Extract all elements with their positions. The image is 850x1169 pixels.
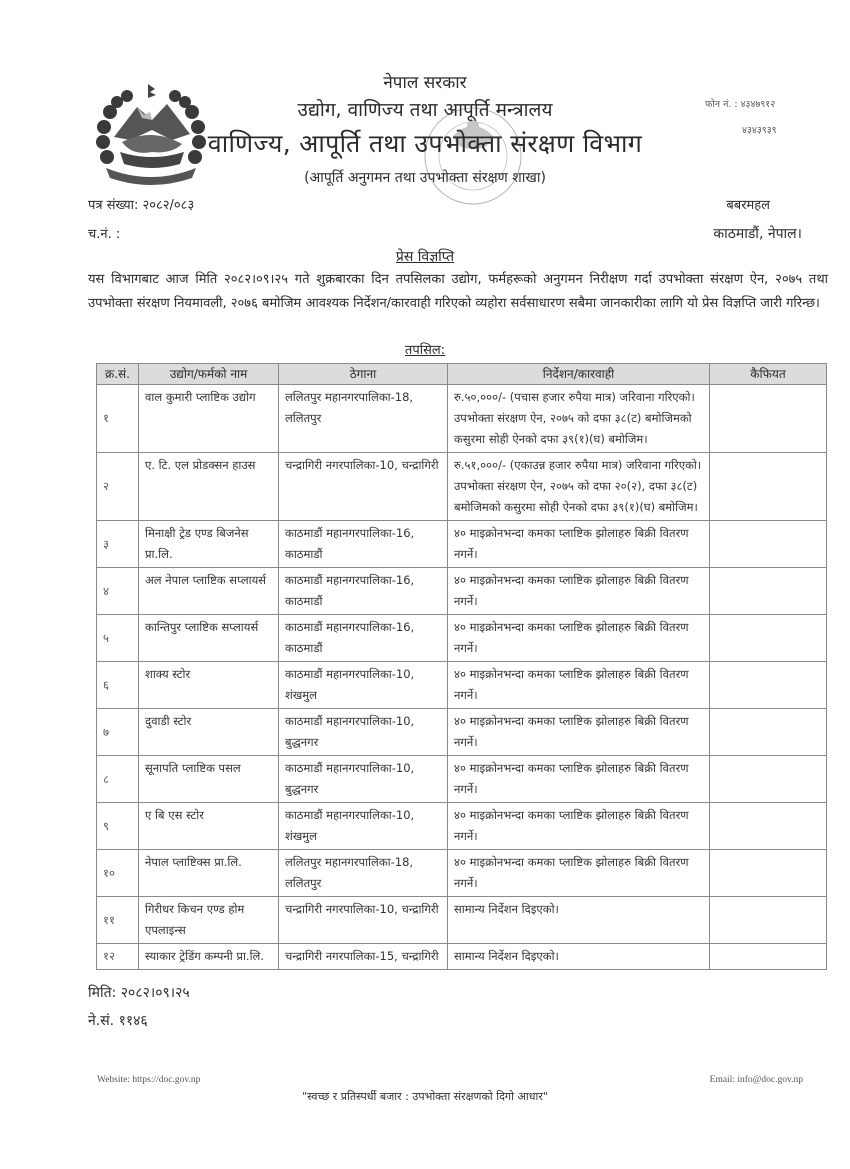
dispatch-number: च.नं. : — [88, 224, 120, 242]
serial-cell: ६ — [97, 662, 139, 709]
header-action: निर्देशन/कारवाही — [448, 364, 710, 385]
table-row: २ए. टि. एल प्रोडक्सन हाउसचन्द्रागिरी नगर… — [97, 453, 827, 521]
serial-cell: १० — [97, 850, 139, 897]
address-cell: ललितपुर महानगरपालिका-18, ललितपुर — [279, 385, 448, 453]
firm-name-cell: अल नेपाल प्लाष्टिक सप्लायर्स — [139, 568, 279, 615]
action-cell: सामान्य निर्देशन दिइएको। — [448, 944, 710, 970]
serial-cell: ८ — [97, 756, 139, 803]
phone-number-1: फोन नं. : ४३४७९१२ — [705, 97, 775, 110]
remarks-cell — [710, 521, 827, 568]
serial-cell: ७ — [97, 709, 139, 756]
serial-cell: ३ — [97, 521, 139, 568]
firm-name-cell: कान्तिपुर प्लाष्टिक सप्लायर्स — [139, 615, 279, 662]
firm-name-cell: वाल कुमारी प्लाष्टिक उद्योग — [139, 385, 279, 453]
address-cell: काठमाडौं महानगरपालिका-10, शंखमुल — [279, 803, 448, 850]
action-cell: ४० माइक्रोनभन्दा कमका प्लाष्टिक झोलाहरु … — [448, 709, 710, 756]
email-link[interactable]: Email: info@doc.gov.np — [710, 1075, 803, 1085]
remarks-cell — [710, 709, 827, 756]
remarks-cell — [710, 803, 827, 850]
action-cell: ४० माइक्रोनभन्दा कमका प्लाष्टिक झोलाहरु … — [448, 803, 710, 850]
header-address: ठेगाना — [279, 364, 448, 385]
action-cell: ४० माइक्रोनभन्दा कमका प्लाष्टिक झोलाहरु … — [448, 568, 710, 615]
remarks-cell — [710, 615, 827, 662]
phone-number-2: ४३४३९३९ — [742, 123, 777, 136]
action-cell: रु.५१,०००/- (एकाउन्न हजार रुपैया मात्र) … — [448, 453, 710, 521]
address-line-2: काठमाडौं, नेपाल। — [713, 224, 802, 243]
serial-cell: ११ — [97, 897, 139, 944]
schedule-heading: तपसिल: — [0, 340, 850, 358]
firm-name-cell: गिरीधर किचन एण्ड होम एपलाइन्स — [139, 897, 279, 944]
table-row: १वाल कुमारी प्लाष्टिक उद्योगललितपुर महान… — [97, 385, 827, 453]
table-row: ११गिरीधर किचन एण्ड होम एपलाइन्सचन्द्रागि… — [97, 897, 827, 944]
firm-name-cell: नेपाल प्लाष्टिक्स प्रा.लि. — [139, 850, 279, 897]
address-cell: काठमाडौं महानगरपालिका-10, बुद्धनगर — [279, 756, 448, 803]
address-cell: काठमाडौं महानगरपालिका-16, काठमाडौं — [279, 521, 448, 568]
serial-cell: ५ — [97, 615, 139, 662]
address-line-1: बबरमहल — [726, 195, 770, 213]
remarks-cell — [710, 662, 827, 709]
address-cell: चन्द्रागिरी नगरपालिका-10, चन्द्रागिरी — [279, 453, 448, 521]
serial-cell: १ — [97, 385, 139, 453]
department-name: वाणिज्य, आपूर्ति तथा उपभोक्ता संरक्षण वि… — [0, 126, 850, 160]
table-row: ३मिनाक्षी ट्रेड एण्ड बिजनेस प्रा.लि.काठम… — [97, 521, 827, 568]
table-header-row: क्र.सं. उद्योग/फर्मको नाम ठेगाना निर्देश… — [97, 364, 827, 385]
letter-number: पत्र संख्या: २०८२/०८३ — [88, 195, 194, 213]
firm-name-cell: शाक्य स्टोर — [139, 662, 279, 709]
firm-name-cell: दुवाडी स्टोर — [139, 709, 279, 756]
remarks-cell — [710, 850, 827, 897]
table-row: ४अल नेपाल प्लाष्टिक सप्लायर्सकाठमाडौं मह… — [97, 568, 827, 615]
government-name: नेपाल सरकार — [0, 70, 850, 93]
intro-paragraph: यस विभागबाट आज मिति २०८२।०९।२५ गते शुक्र… — [88, 268, 828, 316]
remarks-cell — [710, 385, 827, 453]
action-cell: ४० माइक्रोनभन्दा कमका प्लाष्टिक झोलाहरु … — [448, 615, 710, 662]
website-link[interactable]: Website: https://doc.gov.np — [97, 1075, 200, 1085]
remarks-cell — [710, 568, 827, 615]
header-serial: क्र.सं. — [97, 364, 139, 385]
nepal-sambat-year: ने.सं. ११४६ — [88, 1011, 148, 1030]
action-cell: ४० माइक्रोनभन्दा कमका प्लाष्टिक झोलाहरु … — [448, 521, 710, 568]
address-cell: काठमाडौं महानगरपालिका-16, काठमाडौं — [279, 568, 448, 615]
table-row: ९ए बि एस स्टोरकाठमाडौं महानगरपालिका-10, … — [97, 803, 827, 850]
inspection-table: क्र.सं. उद्योग/फर्मको नाम ठेगाना निर्देश… — [96, 363, 827, 970]
serial-cell: ९ — [97, 803, 139, 850]
table-row: १२स्याकार ट्रेडिंग कम्पनी प्रा.लि.चन्द्र… — [97, 944, 827, 970]
table-row: ६शाक्य स्टोरकाठमाडौं महानगरपालिका-10, शं… — [97, 662, 827, 709]
slogan: "स्वच्छ र प्रतिस्पर्धी बजार : उपभोक्ता स… — [0, 1089, 850, 1104]
serial-cell: १२ — [97, 944, 139, 970]
header-remarks: कैफियत — [710, 364, 827, 385]
remarks-cell — [710, 756, 827, 803]
serial-cell: ४ — [97, 568, 139, 615]
remarks-cell — [710, 453, 827, 521]
address-cell: काठमाडौं महानगरपालिका-16, काठमाडौं — [279, 615, 448, 662]
branch-name: (आपूर्ति अनुगमन तथा उपभोक्ता संरक्षण शाख… — [0, 168, 850, 187]
address-cell: चन्द्रागिरी नगरपालिका-15, चन्द्रागिरी — [279, 944, 448, 970]
remarks-cell — [710, 944, 827, 970]
table-row: ८सूनापति प्लाष्टिक पसलकाठमाडौं महानगरपाल… — [97, 756, 827, 803]
firm-name-cell: स्याकार ट्रेडिंग कम्पनी प्रा.लि. — [139, 944, 279, 970]
serial-cell: २ — [97, 453, 139, 521]
remarks-cell — [710, 897, 827, 944]
firm-name-cell: ए. टि. एल प्रोडक्सन हाउस — [139, 453, 279, 521]
table-row: ७दुवाडी स्टोरकाठमाडौं महानगरपालिका-10, ब… — [97, 709, 827, 756]
action-cell: ४० माइक्रोनभन्दा कमका प्लाष्टिक झोलाहरु … — [448, 756, 710, 803]
action-cell: ४० माइक्रोनभन्दा कमका प्लाष्टिक झोलाहरु … — [448, 662, 710, 709]
firm-name-cell: मिनाक्षी ट्रेड एण्ड बिजनेस प्रा.लि. — [139, 521, 279, 568]
address-cell: काठमाडौं महानगरपालिका-10, शंखमुल — [279, 662, 448, 709]
address-cell: ललितपुर महानगरपालिका-18, ललितपुर — [279, 850, 448, 897]
footer-date: मिति: २०८२।०९।२५ — [88, 983, 190, 1002]
firm-name-cell: ए बि एस स्टोर — [139, 803, 279, 850]
action-cell: सामान्य निर्देशन दिइएको। — [448, 897, 710, 944]
table-row: ५कान्तिपुर प्लाष्टिक सप्लायर्सकाठमाडौं म… — [97, 615, 827, 662]
press-release-title: प्रेस विज्ञप्ति — [0, 247, 850, 266]
action-cell: ४० माइक्रोनभन्दा कमका प्लाष्टिक झोलाहरु … — [448, 850, 710, 897]
address-cell: चन्द्रागिरी नगरपालिका-10, चन्द्रागिरी — [279, 897, 448, 944]
header-firm-name: उद्योग/फर्मको नाम — [139, 364, 279, 385]
table-row: १०नेपाल प्लाष्टिक्स प्रा.लि.ललितपुर महान… — [97, 850, 827, 897]
address-cell: काठमाडौं महानगरपालिका-10, बुद्धनगर — [279, 709, 448, 756]
firm-name-cell: सूनापति प्लाष्टिक पसल — [139, 756, 279, 803]
action-cell: रु.५०,०००/- (पचास हजार रुपैया मात्र) जरि… — [448, 385, 710, 453]
